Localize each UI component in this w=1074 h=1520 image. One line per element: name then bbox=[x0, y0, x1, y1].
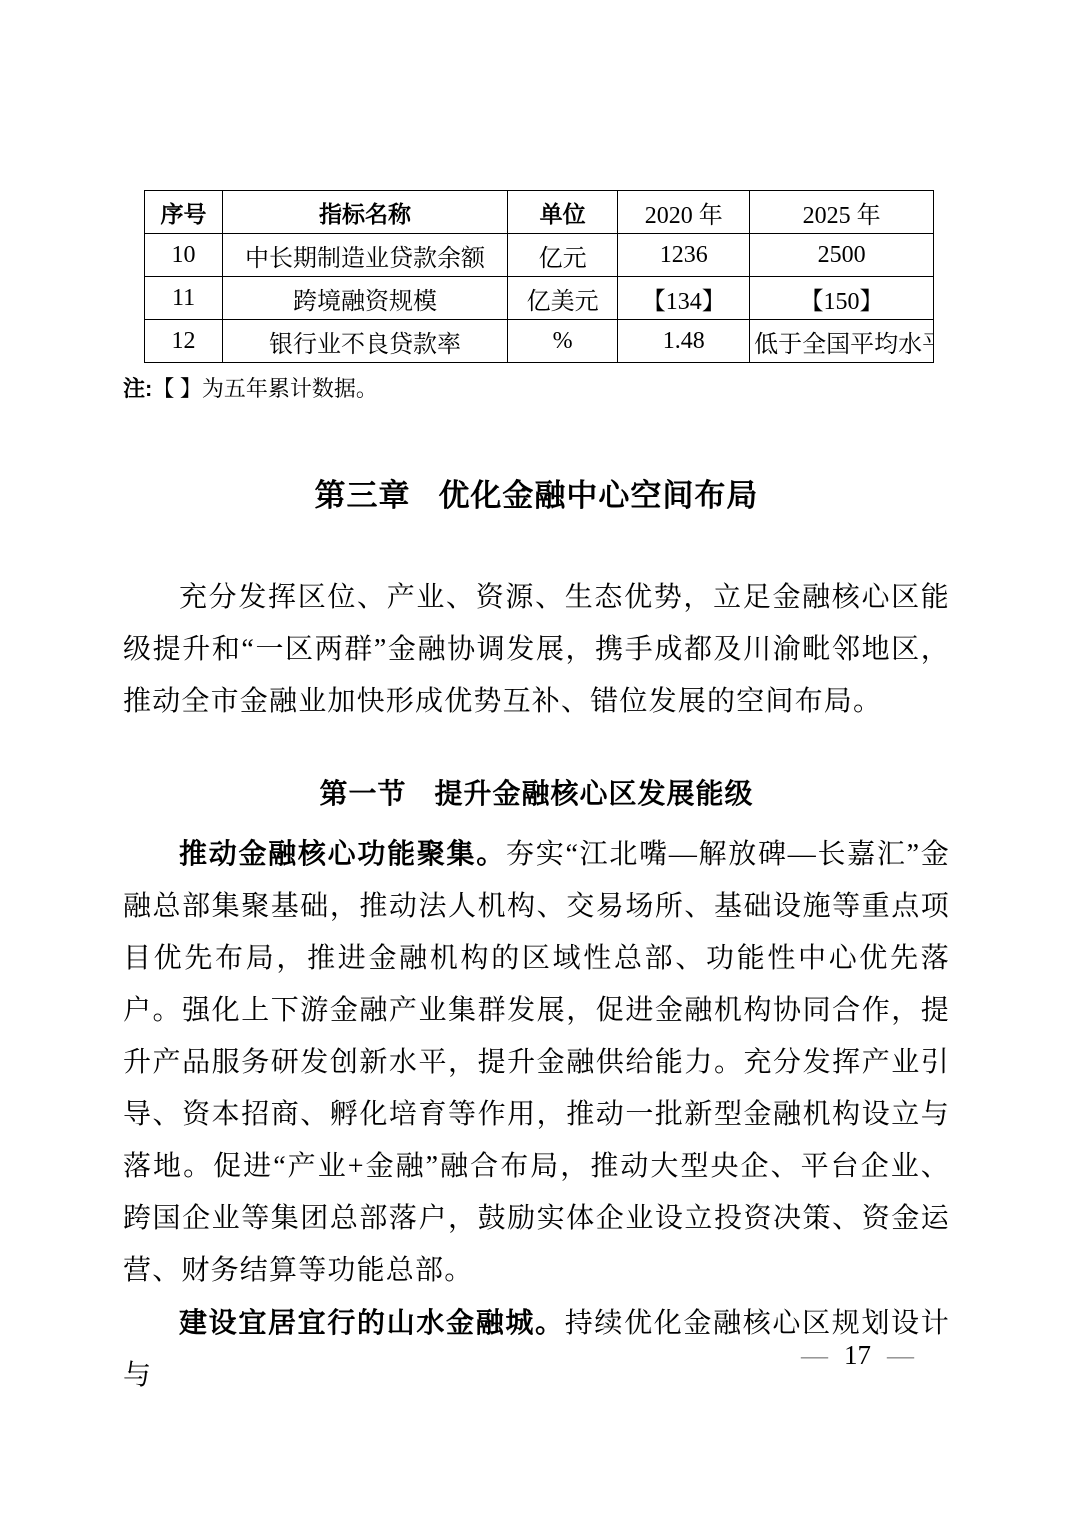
cell-index: 11 bbox=[145, 277, 223, 320]
header-cell-2020: 2020 年 bbox=[618, 191, 750, 234]
cell-2025-value: 低于全国平均水平 bbox=[750, 320, 934, 363]
cell-unit: 亿美元 bbox=[507, 277, 617, 320]
note-label: 注: bbox=[123, 376, 152, 401]
paragraph-lead-sentence: 建设宜居宜行的山水金融城。 bbox=[179, 1307, 565, 1338]
header-cell-unit: 单位 bbox=[507, 191, 617, 234]
page-number-value: 17 bbox=[844, 1340, 871, 1370]
cell-unit: % bbox=[507, 320, 617, 363]
table-row: 11 跨境融资规模 亿美元 【134】 【150】 bbox=[145, 277, 934, 320]
cell-2020-value: 1236 bbox=[618, 234, 750, 277]
cell-index: 10 bbox=[145, 234, 223, 277]
cell-2020-value: 【134】 bbox=[618, 277, 750, 320]
cell-indicator-name: 跨境融资规模 bbox=[223, 277, 508, 320]
section-title: 提升金融核心区发展能级 bbox=[435, 779, 754, 810]
cell-2025-value: 【150】 bbox=[750, 277, 934, 320]
note-text: 【 】为五年累计数据。 bbox=[152, 376, 378, 401]
indicators-table: 序号 指标名称 单位 2020 年 2025 年 10 中长期制造业贷款余额 亿… bbox=[144, 190, 934, 363]
section-heading: 第一节提升金融核心区发展能级 bbox=[123, 774, 950, 816]
chapter-heading: 第三章优化金融中心空间布局 bbox=[123, 476, 950, 516]
header-cell-indicator-name: 指标名称 bbox=[223, 191, 508, 234]
table-header-row: 序号 指标名称 单位 2020 年 2025 年 bbox=[145, 191, 934, 234]
section-number: 第一节 bbox=[319, 779, 406, 810]
page-number: —17— bbox=[801, 1338, 914, 1372]
page-number-dash-left: — bbox=[801, 1340, 828, 1370]
cell-index: 12 bbox=[145, 320, 223, 363]
paragraph-lead-sentence: 推动金融核心功能聚集。 bbox=[179, 838, 506, 869]
cell-2020-value: 1.48 bbox=[618, 320, 750, 363]
core-functions-paragraph: 推动金融核心功能聚集。夯实“江北嘴—解放碑—长嘉汇”金融总部集聚基础，推动法人机… bbox=[123, 828, 950, 1297]
chapter-number: 第三章 bbox=[315, 478, 411, 513]
table-row: 10 中长期制造业贷款余额 亿元 1236 2500 bbox=[145, 234, 934, 277]
intro-paragraph: 充分发挥区位、产业、资源、生态优势，立足金融核心区能级提升和“一区两群”金融协调… bbox=[123, 572, 950, 728]
header-cell-2025: 2025 年 bbox=[750, 191, 934, 234]
header-cell-index: 序号 bbox=[145, 191, 223, 234]
paragraph-body-text: 夯实“江北嘴—解放碑—长嘉汇”金融总部集聚基础，推动法人机构、交易场所、基础设施… bbox=[123, 839, 950, 1286]
cell-unit: 亿元 bbox=[507, 234, 617, 277]
page-content: 序号 指标名称 单位 2020 年 2025 年 10 中长期制造业贷款余额 亿… bbox=[123, 0, 950, 1402]
table-row: 12 银行业不良贷款率 % 1.48 低于全国平均水平 bbox=[145, 320, 934, 363]
cell-indicator-name: 中长期制造业贷款余额 bbox=[223, 234, 508, 277]
table-note: 注:【 】为五年累计数据。 bbox=[123, 374, 950, 404]
chapter-title: 优化金融中心空间布局 bbox=[438, 478, 758, 513]
cell-indicator-name: 银行业不良贷款率 bbox=[223, 320, 508, 363]
document-page: 序号 指标名称 单位 2020 年 2025 年 10 中长期制造业贷款余额 亿… bbox=[0, 0, 1074, 1520]
cell-2025-value: 2500 bbox=[750, 234, 934, 277]
page-number-dash-right: — bbox=[887, 1340, 914, 1370]
